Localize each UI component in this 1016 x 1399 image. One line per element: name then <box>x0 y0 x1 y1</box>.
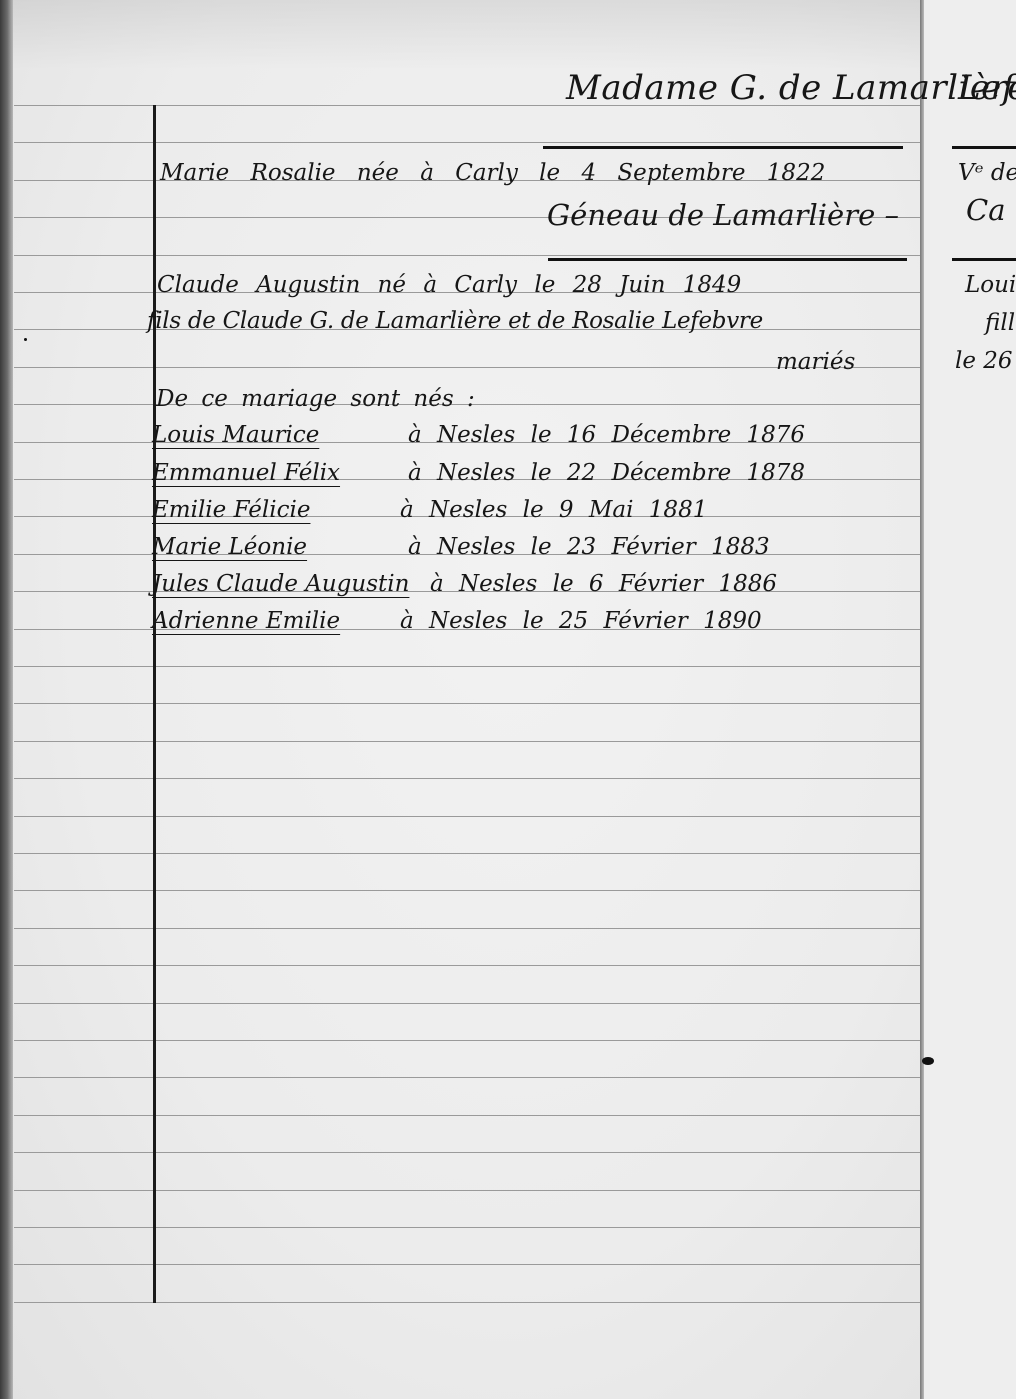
ruled-line <box>14 1190 1016 1191</box>
ruled-line <box>14 1115 1016 1116</box>
child-name: Emmanuel Félix <box>152 460 340 486</box>
ruled-line <box>14 666 1016 667</box>
book-binding-edge <box>0 0 13 1399</box>
ruled-line <box>14 142 1016 143</box>
ruled-line <box>14 741 1016 742</box>
ink-dot <box>24 338 27 341</box>
ruled-line <box>14 1077 1016 1078</box>
child-birth-details: à Nesles le 23 Février 1883 <box>408 534 770 560</box>
adjacent-heading-rule <box>952 146 1016 149</box>
ruled-line <box>14 816 1016 817</box>
ruled-line <box>14 778 1016 779</box>
page-fold-edge <box>920 0 924 1399</box>
spouse-entry-rule <box>548 258 907 261</box>
ruled-line <box>14 703 1016 704</box>
ruled-line <box>14 1227 1016 1228</box>
child-birth-details: à Nesles le 16 Décembre 1876 <box>408 422 805 448</box>
child-birth-details: à Nesles le 6 Février 1886 <box>430 571 777 597</box>
spouse-birth-line: Marie Rosalie née à Carly le 4 Septembre… <box>160 160 825 186</box>
adjacent-entry-rule <box>952 258 1016 261</box>
child-birth-details: à Nesles le 22 Décembre 1878 <box>408 460 805 486</box>
married-note: mariés <box>776 349 855 375</box>
children-intro: De ce mariage sont nés : <box>156 386 475 412</box>
child-name: Jules Claude Augustin <box>152 571 409 597</box>
ruled-line <box>14 928 1016 929</box>
husband-birth-line: Claude Augustin né à Carly le 28 Juin 18… <box>157 272 741 298</box>
husband-parents-line: fils de Claude G. de Lamarlière et de Ro… <box>147 308 763 334</box>
adjacent-fragment-5: le 26 <box>955 348 1013 374</box>
adjacent-fragment-1: Vᵉ de <box>958 160 1016 186</box>
ruled-line <box>14 255 1016 256</box>
ruled-line <box>14 1264 1016 1265</box>
child-name: Emilie Félicie <box>152 497 310 523</box>
ruled-line <box>14 1040 1016 1041</box>
ruled-line <box>14 367 1016 368</box>
adjacent-fragment-4: fille <box>985 310 1016 336</box>
child-name: Adrienne Emilie <box>152 608 340 634</box>
adjacent-heading-fragment: Lefe <box>958 68 1016 108</box>
child-birth-details: à Nesles le 9 Mai 1881 <box>400 497 707 523</box>
ruled-line <box>14 965 1016 966</box>
child-name: Marie Léonie <box>152 534 307 560</box>
adjacent-fragment-3: Louis <box>965 272 1016 298</box>
ink-blot <box>922 1057 934 1065</box>
entry-heading: Madame G. de Lamarlière <box>566 68 1016 108</box>
register-page: Madame G. de Lamarlière Lefe Marie Rosal… <box>0 0 1016 1399</box>
ruled-line <box>14 1152 1016 1153</box>
heading-rule <box>543 146 903 149</box>
ruled-line <box>14 1003 1016 1004</box>
ruled-line <box>14 890 1016 891</box>
child-birth-details: à Nesles le 25 Février 1890 <box>400 608 762 634</box>
ruled-line <box>14 853 1016 854</box>
margin-rule <box>153 105 156 1303</box>
ruled-line <box>14 1302 1016 1303</box>
child-name: Louis Maurice <box>152 422 319 448</box>
adjacent-fragment-2: Ca <box>966 193 1005 227</box>
spouse-surname-line: Géneau de Lamarlière – <box>547 198 899 232</box>
